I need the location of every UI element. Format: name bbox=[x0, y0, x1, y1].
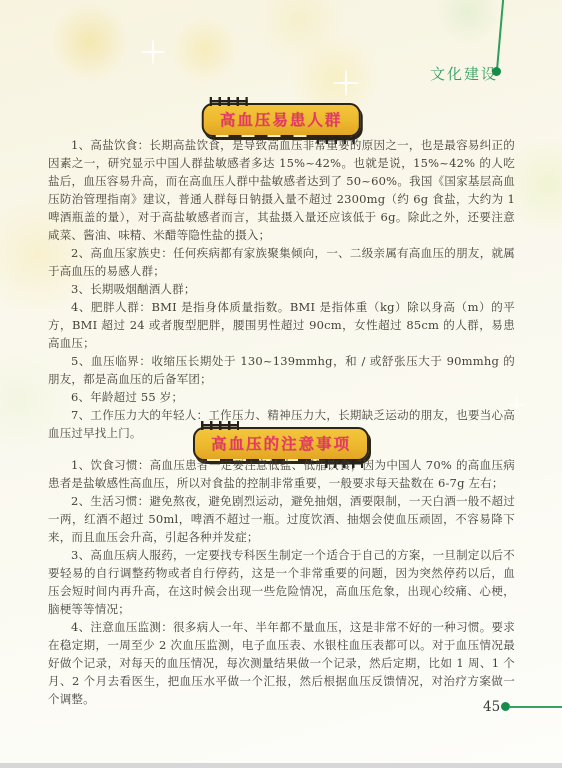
bottom-edge-strip bbox=[0, 763, 562, 768]
section-title-banner: 高血压易患人群 bbox=[202, 103, 361, 137]
section-body: 1、饮食习惯：高血压患者一定要注意低盐、低脂饮食，因为中国人 70% 的高血压病… bbox=[48, 456, 515, 708]
paragraph: 4、肥胖人群：BMI 是指身体质量指数。BMI 是指体重（kg）除以身高（m）的… bbox=[48, 298, 515, 352]
page-number: 45 bbox=[483, 699, 500, 715]
banner-comb-decoration bbox=[210, 97, 248, 106]
paragraph: 4、注意血压监测：很多病人一年、半年都不量血压，这是非常不好的一种习惯。要求在稳… bbox=[48, 618, 515, 708]
section-title: 高血压的注意事项 bbox=[211, 435, 351, 453]
paragraph: 3、高血压病人服药，一定要找专科医生制定一个适合于自己的方案，一旦制定以后不要轻… bbox=[48, 546, 515, 618]
paragraph: 2、生活习惯：避免熬夜，避免剧烈运动，避免抽烟，酒要限制，一天白酒一般不超过一两… bbox=[48, 492, 515, 546]
section-title: 高血压易患人群 bbox=[220, 111, 343, 129]
section-body: 1、高盐饮食：长期高盐饮食，是导致高血压非常重要的原因之一，也是最容易纠正的因素… bbox=[48, 136, 515, 442]
chapter-line-decoration bbox=[496, 0, 504, 70]
paragraph: 1、饮食习惯：高血压患者一定要注意低盐、低脂饮食，因为中国人 70% 的高血压病… bbox=[48, 456, 515, 492]
paragraph: 1、高盐饮食：长期高盐饮食，是导致高血压非常重要的原因之一，也是最容易纠正的因素… bbox=[48, 136, 515, 244]
chapter-dot-decoration bbox=[492, 67, 501, 76]
paragraph: 2、高血压家族史：任何疾病都有家族聚集倾向，一、二级亲属有高血压的朋友，就属于高… bbox=[48, 244, 515, 280]
sparkle-decoration bbox=[141, 40, 165, 64]
chapter-label: 文化建设 bbox=[430, 63, 498, 84]
document-page: 文化建设 高血压易患人群 1、高盐饮食：长期高盐饮食，是导致高血压非常重要的原因… bbox=[0, 0, 562, 768]
footer-line-decoration bbox=[509, 706, 562, 708]
paragraph: 6、年龄超过 55 岁； bbox=[48, 388, 515, 406]
paragraph: 3、长期吸烟酗酒人群； bbox=[48, 280, 515, 298]
sparkle-decoration bbox=[333, 70, 359, 96]
paragraph: 5、血压临界：收缩压长期处于 130~139mmhg，和 / 或舒张压大于 90… bbox=[48, 352, 515, 388]
banner-comb-decoration bbox=[201, 421, 239, 430]
